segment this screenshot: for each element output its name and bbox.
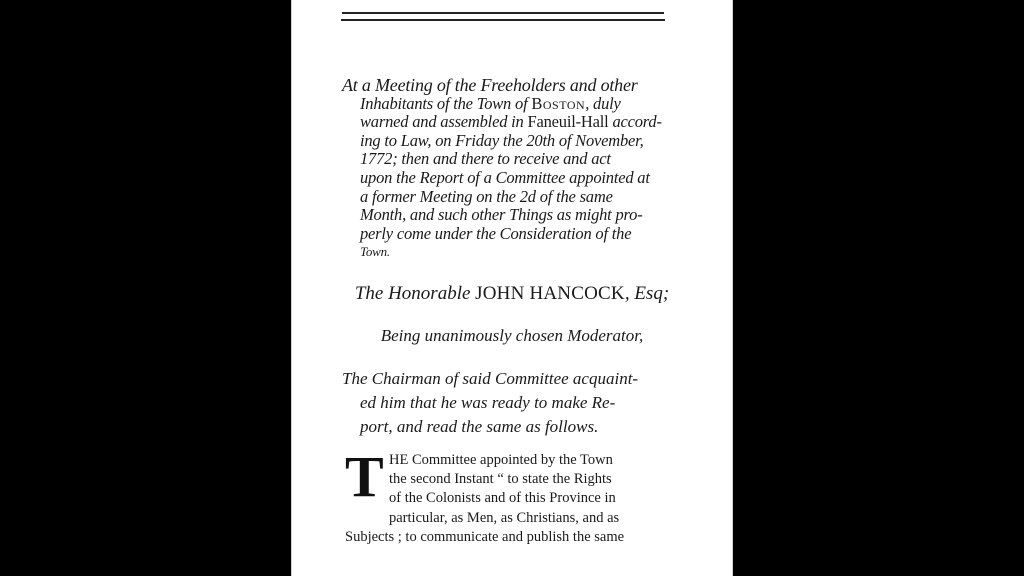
meeting-text: warned and assembled in xyxy=(360,112,528,131)
esquire: , Esq; xyxy=(625,283,669,304)
report-line-2: the second Instant “ to state the Rights xyxy=(345,470,675,489)
moderator-name: JOHN HANCOCK xyxy=(475,283,625,304)
chosen-moderator-line: Being unanimously chosen Moderator, xyxy=(291,326,733,346)
header-rule-bottom xyxy=(341,19,665,21)
report-line-1: HE Committee appointed by the Town xyxy=(345,451,675,470)
meeting-line-10: Town. xyxy=(342,243,670,262)
report-line-4: particular, as Men, as Christians, and a… xyxy=(345,509,675,528)
chairman-paragraph: The Chairman of said Committee acquaint-… xyxy=(342,367,672,439)
meeting-line-8: Month, and such other Things as might pr… xyxy=(342,206,670,225)
chairman-line-2: ed him that he was ready to make Re- xyxy=(342,391,672,415)
chairman-line-1: The Chairman of said Committee acquaint- xyxy=(342,367,672,391)
meeting-line-3: warned and assembled in Faneuil-Hall acc… xyxy=(342,113,670,132)
meeting-line-7: a former Meeting on the 2d of the same xyxy=(342,188,670,207)
document-page: At a Meeting of the Freeholders and othe… xyxy=(291,0,733,576)
hall-name: Faneuil-Hall xyxy=(528,112,609,131)
meeting-text: Inhabitants of the Town of xyxy=(360,94,531,113)
meeting-text: , duly xyxy=(585,94,620,113)
report-paragraph: T HE Committee appointed by the Town the… xyxy=(345,451,675,547)
meeting-line-9: perly come under the Consideration of th… xyxy=(342,225,670,244)
meeting-line-2: Inhabitants of the Town of Boston, duly xyxy=(342,95,670,114)
drop-cap: T xyxy=(345,453,384,501)
honorific: The Honorable xyxy=(355,283,475,304)
meeting-paragraph: At a Meeting of the Freeholders and othe… xyxy=(342,76,670,262)
header-rule-top xyxy=(342,12,664,14)
meeting-line-1: At a Meeting of the Freeholders and othe… xyxy=(342,76,670,95)
moderator-line: The Honorable JOHN HANCOCK, Esq; xyxy=(291,283,733,305)
meeting-line-4: ing to Law, on Friday the 20th of Novemb… xyxy=(342,132,670,151)
report-line-5: Subjects ; to communicate and publish th… xyxy=(345,528,675,547)
report-line-3: of the Colonists and of this Province in xyxy=(345,489,675,508)
chairman-line-3: port, and read the same as follows. xyxy=(342,415,672,439)
meeting-line-5: 1772; then and there to receive and act xyxy=(342,150,670,169)
meeting-line-6: upon the Report of a Committee appointed… xyxy=(342,169,670,188)
town-name: Boston xyxy=(531,94,585,113)
meeting-text: accord- xyxy=(609,112,662,131)
